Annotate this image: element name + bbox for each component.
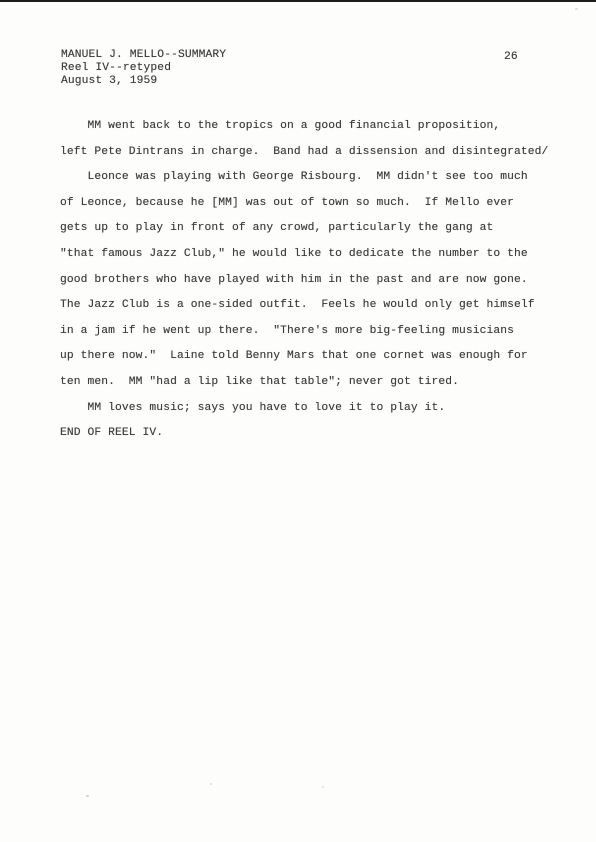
typed-line: up there now." Laine told Benny Mars tha… [60, 344, 580, 370]
scan-speck [575, 8, 578, 10]
document-header: MANUEL J. MELLO--SUMMARY Reel IV--retype… [61, 49, 226, 88]
typed-line: Leonce was playing with George Risbourg.… [60, 165, 580, 191]
page-number: 26 [504, 51, 518, 64]
typed-line: MM went back to the tropics on a good fi… [60, 114, 580, 140]
typed-line: left Pete Dintrans in charge. Band had a… [60, 140, 580, 166]
scan-speck [210, 783, 212, 785]
document-date: August 3, 1959 [61, 75, 226, 88]
scan-edge-artifact [0, 0, 596, 2]
scan-speck [86, 795, 89, 797]
typed-line: The Jazz Club is a one-sided outfit. Fee… [60, 293, 580, 319]
document-title: MANUEL J. MELLO--SUMMARY [61, 49, 226, 62]
typed-line: in a jam if he went up there. "There's m… [60, 319, 580, 345]
document-subtitle-reel: Reel IV--retyped [61, 62, 226, 75]
scanned-document-page: MANUEL J. MELLO--SUMMARY Reel IV--retype… [0, 0, 596, 842]
typed-line: ten men. MM "had a lip like that table";… [60, 370, 580, 396]
typed-line: "that famous Jazz Club," he would like t… [60, 242, 580, 268]
typed-line: MM loves music; says you have to love it… [60, 396, 580, 422]
typed-line: of Leonce, because he [MM] was out of to… [60, 191, 580, 217]
scan-speck [333, 174, 335, 177]
scan-speck [322, 786, 324, 788]
typed-line: good brothers who have played with him i… [60, 268, 580, 294]
typed-line: gets up to play in front of any crowd, p… [60, 216, 580, 242]
typed-line: END OF REEL IV. [60, 421, 580, 447]
document-body: MM went back to the tropics on a good fi… [60, 114, 580, 447]
